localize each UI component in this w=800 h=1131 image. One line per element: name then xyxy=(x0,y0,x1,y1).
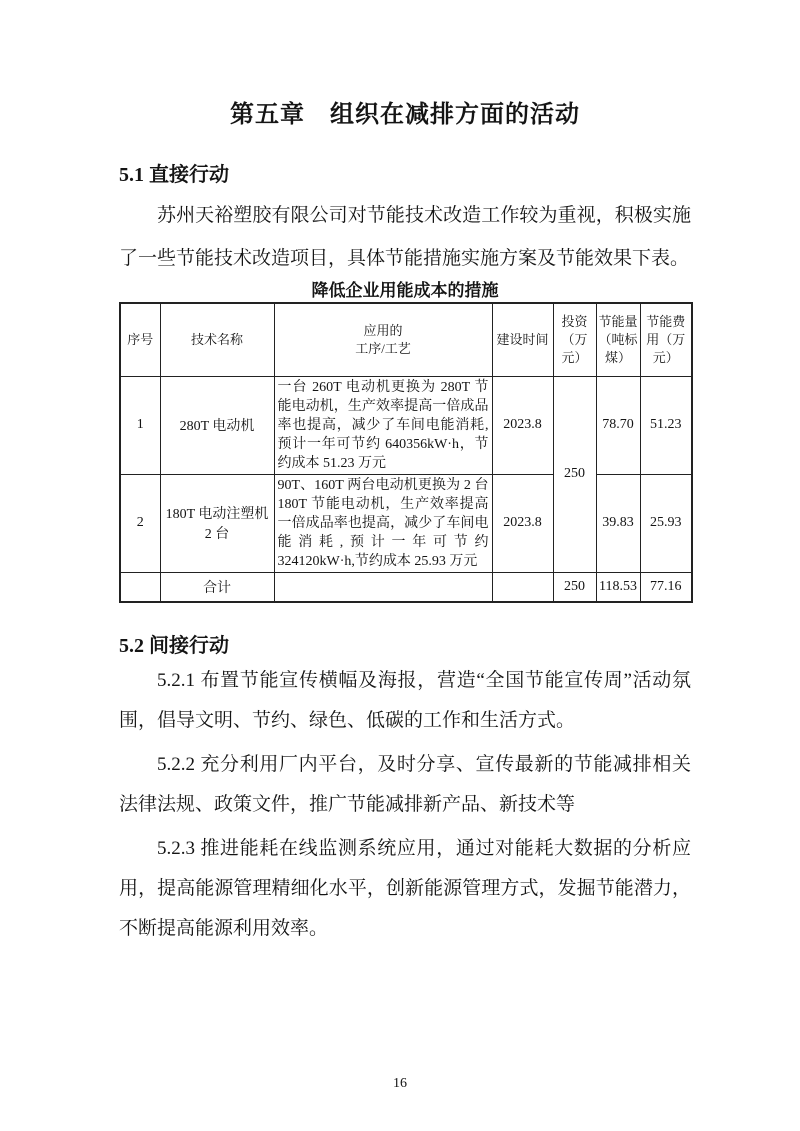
col-header-cost-saving: 节能费用（万元） xyxy=(640,303,692,376)
cell-process-empty xyxy=(274,572,492,602)
cell-process: 90T、160T 两台电动机更换为 2 台 180T 节能电动机，生产效率提高一… xyxy=(274,474,492,572)
cell-energy-saving: 39.83 xyxy=(596,474,640,572)
col-header-tech-name: 技术名称 xyxy=(160,303,274,376)
col-header-process: 应用的 工序/工艺 xyxy=(274,303,492,376)
cell-build-time: 2023.8 xyxy=(492,474,553,572)
paragraph-5-2-1: 5.2.1 布置节能宣传横幅及海报，营造“全国节能宣传周”活动氛围，倡导文明、节… xyxy=(119,661,691,741)
table-total-row: 合计 250 118.53 77.16 xyxy=(120,572,692,602)
cell-total-cost-saving: 77.16 xyxy=(640,572,692,602)
cell-index-empty xyxy=(120,572,160,602)
cell-total-investment: 250 xyxy=(553,572,596,602)
cell-total-label: 合计 xyxy=(160,572,274,602)
table-row: 1 280T 电动机 一台 260T 电动机更换为 280T 节能电动机，生产效… xyxy=(120,376,692,474)
document-page: 第五章 组织在减排方面的活动 5.1 直接行动 苏州天裕塑胶有限公司对节能技术改… xyxy=(0,100,800,949)
col-header-investment: 投资（万元） xyxy=(553,303,596,376)
col-header-energy-saving: 节能量（吨标煤） xyxy=(596,303,640,376)
cell-build-time: 2023.8 xyxy=(492,376,553,474)
section-heading-5-2: 5.2 间接行动 xyxy=(119,635,691,657)
table-row: 2 180T 电动注塑机 2 台 90T、160T 两台电动机更换为 2 台 1… xyxy=(120,474,692,572)
cell-tech-name: 280T 电动机 xyxy=(160,376,274,474)
cell-cost-saving: 25.93 xyxy=(640,474,692,572)
cell-build-time-empty xyxy=(492,572,553,602)
cell-tech-name: 180T 电动注塑机 2 台 xyxy=(160,474,274,572)
cell-process: 一台 260T 电动机更换为 280T 节能电动机，生产效率提高一倍成品率也提高… xyxy=(274,376,492,474)
table-caption: 降低企业用能成本的措施 xyxy=(119,282,691,300)
cell-total-energy-saving: 118.53 xyxy=(596,572,640,602)
cell-index: 1 xyxy=(120,376,160,474)
paragraph-5-1: 苏州天裕塑胶有限公司对节能技术改造工作较为重视，积极实施了一些节能技术改造项目，… xyxy=(119,194,691,280)
cell-index: 2 xyxy=(120,474,160,572)
chapter-title: 第五章 组织在减排方面的活动 xyxy=(119,100,691,130)
table-header-row: 序号 技术名称 应用的 工序/工艺 建设时间 投资（万元） 节能量（吨标煤） 节… xyxy=(120,303,692,376)
section-heading-5-1: 5.1 直接行动 xyxy=(119,164,691,186)
paragraph-5-2-2: 5.2.2 充分利用厂内平台，及时分享、宣传最新的节能减排相关法律法规、政策文件… xyxy=(119,745,691,825)
col-header-index: 序号 xyxy=(120,303,160,376)
cell-energy-saving: 78.70 xyxy=(596,376,640,474)
cell-cost-saving: 51.23 xyxy=(640,376,692,474)
cell-investment-merged: 250 xyxy=(553,376,596,572)
paragraph-5-2-3: 5.2.3 推进能耗在线监测系统应用，通过对能耗大数据的分析应用，提高能源管理精… xyxy=(119,829,691,949)
page-number: 16 xyxy=(0,1076,800,1092)
energy-measures-table: 序号 技术名称 应用的 工序/工艺 建设时间 投资（万元） 节能量（吨标煤） 节… xyxy=(119,302,693,603)
col-header-build-time: 建设时间 xyxy=(492,303,553,376)
